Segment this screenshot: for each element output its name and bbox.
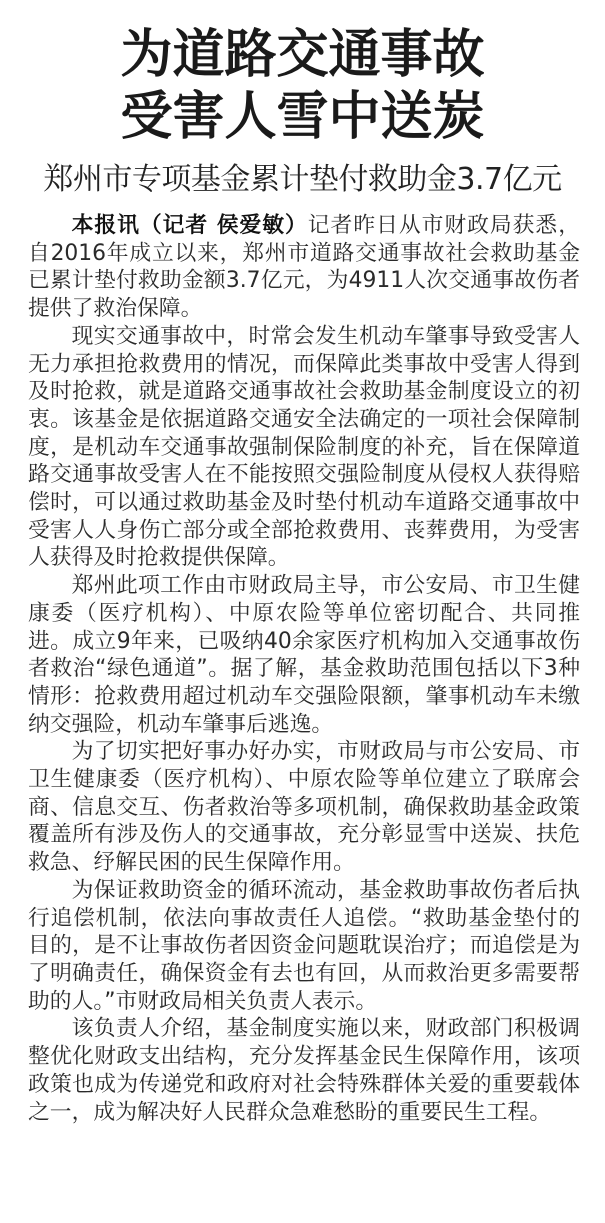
subheadline: 郑州市专项基金累计垫付救助金3.7亿元: [0, 160, 605, 200]
paragraph-6: 该负责人介绍，基金制度实施以来，财政部门积极调整优化财政支出结构，充分发挥基金民…: [28, 1015, 580, 1126]
paragraph-3: 郑州此项工作由市财政局主导，市公安局、市卫生健康委（医疗机构）、中原农险等单位密…: [28, 572, 580, 738]
paragraph-4: 为了切实把好事办好办实，市财政局与市公安局、市卫生健康委（医疗机构）、中原农险等…: [28, 738, 580, 877]
headline-line-2: 受害人雪中送炭: [0, 88, 605, 146]
dateline: 本报讯（记者 侯爱敏）: [72, 213, 308, 238]
paragraph-2: 现实交通事故中，时常会发生机动车肇事导致受害人无力承担抢救费用的情况，而保障此类…: [28, 323, 580, 572]
article-body: 本报讯（记者 侯爱敏）记者昨日从市财政局获悉，自2016年成立以来，郑州市道路交…: [28, 212, 580, 1126]
paragraph-5: 为保证救助资金的循环流动，基金救助事故伤者后执行追偿机制，依法向事故责任人追偿。…: [28, 877, 580, 1016]
paragraph-1: 本报讯（记者 侯爱敏）记者昨日从市财政局获悉，自2016年成立以来，郑州市道路交…: [28, 212, 580, 323]
headline-line-1: 为道路交通事故: [0, 26, 605, 84]
